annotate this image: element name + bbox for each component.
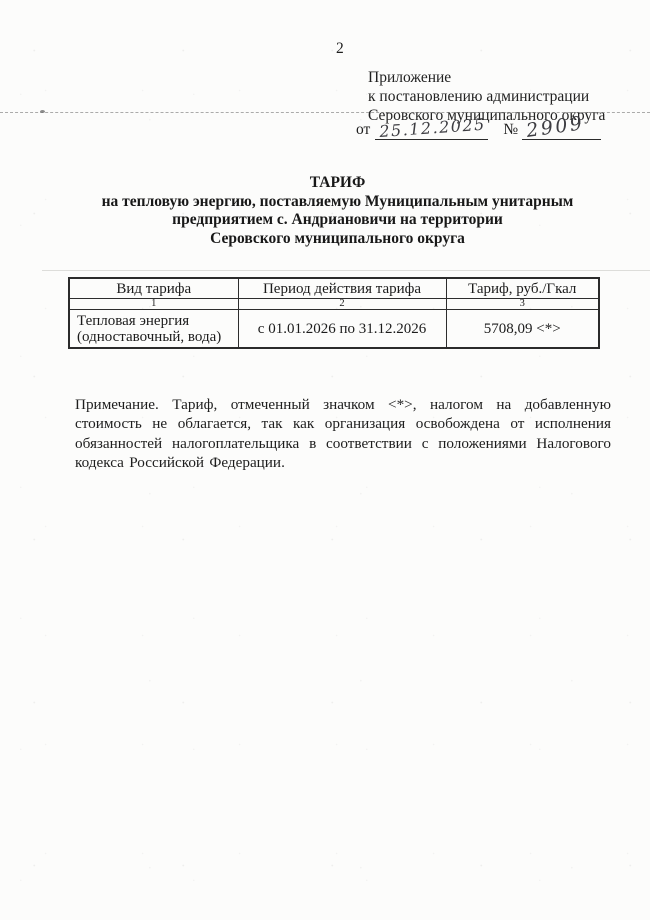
appendix-block: Приложение к постановлению администрации… (368, 68, 630, 126)
document-title: ТАРИФ на тепловую энергию, поставляемую … (15, 174, 650, 248)
date-underline: 25.12.2025 (375, 122, 488, 140)
table-data-row: Тепловая энергия (одноставочный, вода) с… (69, 310, 599, 349)
number-underline: 2909 (522, 122, 601, 140)
column-number-3: 3 (446, 299, 599, 310)
document-page: 2 Приложение к постановлению администрац… (0, 0, 650, 920)
column-number-2: 2 (238, 299, 446, 310)
cell-tariff-type: Тепловая энергия (одноставочный, вода) (69, 310, 238, 349)
tariff-table: Вид тарифа Период действия тарифа Тариф,… (68, 277, 600, 349)
from-label: от (356, 121, 370, 140)
cell-value: 5708,09 <*> (446, 310, 599, 349)
appendix-line-2: к постановлению администрации (368, 87, 630, 106)
number-sign-label: № (503, 121, 518, 140)
header-cell-value: Тариф, руб./Гкал (446, 278, 599, 299)
header-cell-period: Период действия тарифа (238, 278, 446, 299)
header-cell-tariff-type: Вид тарифа (69, 278, 238, 299)
column-number-1: 1 (69, 299, 238, 310)
appendix-date-number-line: от 25.12.2025 № 2909 (356, 121, 602, 140)
scan-artifact-faint-line (42, 270, 650, 271)
title-line-3: предприятием с. Андриановичи на территор… (15, 211, 650, 230)
title-line-2: на тепловую энергию, поставляемую Муници… (15, 193, 650, 212)
table-header-row: Вид тарифа Период действия тарифа Тариф,… (69, 278, 599, 299)
scan-artifact-speck (40, 110, 45, 113)
title-line-4: Серовского муниципального округа (15, 230, 650, 249)
table-column-numbers-row: 1 2 3 (69, 299, 599, 310)
page-number: 2 (336, 40, 344, 58)
note-paragraph: Примечание. Тариф, отмеченный значком <*… (75, 395, 611, 472)
title-line-tariff: ТАРИФ (15, 174, 650, 193)
appendix-line-1: Приложение (368, 68, 630, 87)
cell-period: с 01.01.2026 по 31.12.2026 (238, 310, 446, 349)
